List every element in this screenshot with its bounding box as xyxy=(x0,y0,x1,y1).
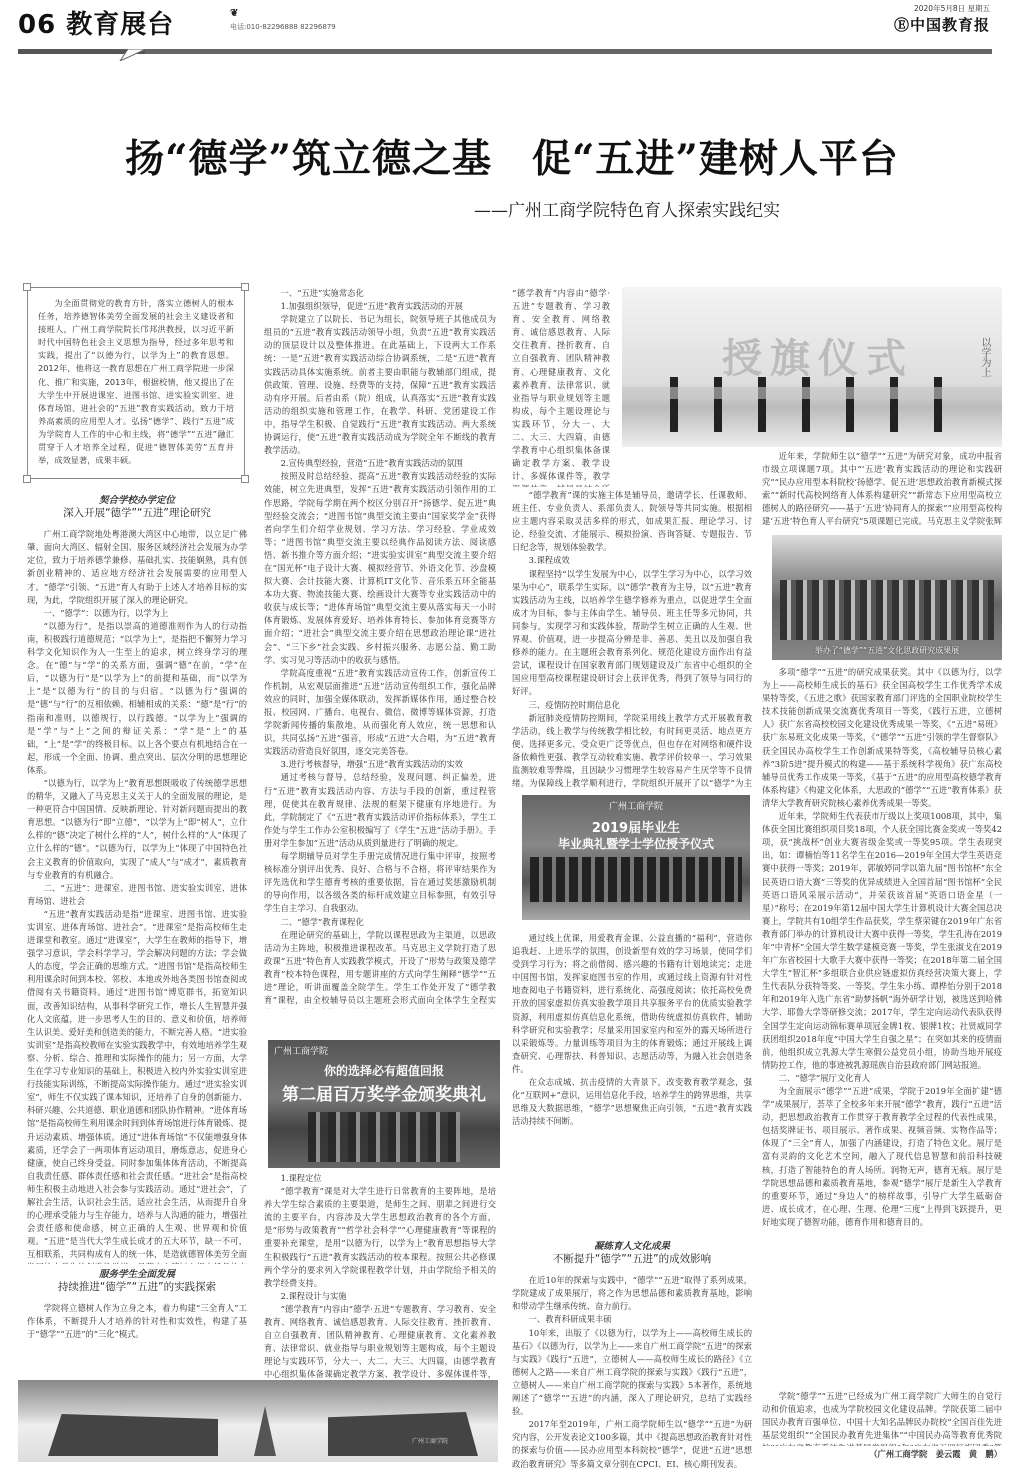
research-exhibition-photo: 举办了“德学”“五进”文化思政研究成果展 xyxy=(772,535,1002,660)
paragraph: “德学教育”内容由“德学·五进”专题教育、学习教育、安全教育、网络教育、诚信感恩… xyxy=(512,287,610,487)
column-3-middle: 通过线上优课，用爱教育金课、公益直播的“福利”，营造你追我赶、上进乐学的氛围，创… xyxy=(512,932,752,1242)
column-1: 契合学校办学定位 深入开展“德学”“五进”理论研究 广州工商学院地处粤港澳大湾区… xyxy=(27,494,247,1264)
subheading: 二、“德学”展厅文化育人 xyxy=(762,1072,1002,1085)
paragraph: 为全面展示“德学”“五进”成果，学院于2019年全面扩建“德学”成果展厅，荟萃了… xyxy=(762,1085,1002,1229)
intro-text: 为全面贯彻党的教育方针，落实立德树人的根本任务，培养德智体美劳全面发展的社会主义… xyxy=(38,297,234,467)
newspaper-logo: Ⓔ中国教育报 xyxy=(894,14,990,35)
corner-ornament xyxy=(23,283,31,291)
photo-caption: 举办了“德学”“五进”文化思政研究成果展 xyxy=(772,645,1002,656)
paragraph: “德学教育”课的实施主体是辅导员，邀请学长、任课教师、班主任、专业负责人、系部负… xyxy=(512,489,752,554)
column-3: “德学教育”课的实施主体是辅导员，邀请学长、任课教师、班主任、专业负责人、系部负… xyxy=(512,489,752,789)
gate-sign: 广州工商学院 xyxy=(412,1436,448,1445)
paragraph: 近年来，学院师生代表获市厅级以上奖项1008项，其中，集体获全国比赛组织项目奖1… xyxy=(762,810,1002,1072)
paragraph: 通过考核与督导，总结经验，发现问题、纠正偏差，进行“五进”教育实践活动内容、方法… xyxy=(264,771,496,850)
column-4-bottom: 学院“德学”“五进”已经成为广州工商学院广大师生的自觉行动和价值追求，也成为学院… xyxy=(762,1390,1002,1475)
phone-numbers: 电话:010-82296888 82296879 xyxy=(230,22,336,32)
subheading: 3.课程成效 xyxy=(512,554,752,567)
column-1-bottom: 服务学生全面发展 持续推进“德学”“五进”的实践探索 学院将立德树人作为立身之本… xyxy=(27,1268,247,1348)
paragraph: 近年来，学院师生以“德学”“五进”为研究对象，成功申报省市级立项课题7项。其中“… xyxy=(762,450,1002,530)
subheading: 2.宣传典型经验，营造“五进”教育实践活动的氛围 xyxy=(264,457,496,470)
paragraph: “以德为行，以学为上”教育思想既吸收了传统德学思想的精华，又融入了马克思主义关于… xyxy=(27,777,247,882)
paragraph: 在近10年的探索与实践中，“德学”“五进”取得了系列成果，学院建成了成果展厅，将… xyxy=(512,1274,752,1313)
paragraph: 在理论研究的基础上，学院以课程思政为主渠道，以思政活动为主阵地，积极推进课程改革… xyxy=(264,929,496,1009)
gate-building-left xyxy=(48,1414,218,1456)
paragraph: 多项“德学”“五进”的研究成果获奖。其中《以德为行，以学为上——高校师生成长的基… xyxy=(762,666,1002,810)
photo-school-logo: 广州工商学院 xyxy=(522,799,750,812)
photo-people xyxy=(308,1112,460,1162)
subheading: 2.课程设计与实施 xyxy=(264,1290,496,1303)
paragraph: 学院高度重视“五进”教育实践活动宣传工作，创新宣传工作机制，从宏观层面推进“五进… xyxy=(264,667,496,759)
flag-ceremony-photo: 授旗仪式 以学为上 xyxy=(622,287,1002,447)
section-heading: 凝练育人文化成果 不断提升“德学”“五进”的成效影响 xyxy=(512,1240,752,1266)
subheading: 三、疫情防控时期信息化 xyxy=(512,699,752,712)
photo-side-text: 以学为上 xyxy=(977,337,992,377)
newspaper-logo-icon: Ⓔ xyxy=(894,16,910,34)
subheading: 一、“五进”实施常态化 xyxy=(264,287,496,300)
scholarship-ceremony-photo: 广州工商学院 你的选择必有超值回报 第二届百万奖学金颁奖典礼 xyxy=(268,1040,500,1168)
intro-box: 为全面贯彻党的教育方针，落实立德树人的根本任务，培养德智体美劳全面发展的社会主义… xyxy=(27,287,245,479)
graduation-ceremony-photo: 广州工商学院 2019届毕业生 毕业典礼暨学士学位授予仪式 xyxy=(522,795,750,920)
photo-banner-text: 授旗仪式 xyxy=(722,327,914,384)
subheading: 1.加强组织领导，促进“五进”教育实践活动的开展 xyxy=(264,300,496,313)
paragraph: 课程坚持“以学生发展为中心，以学生学习为中心，以学习效果为中心”，联系学生实际，… xyxy=(512,568,752,699)
paragraph: “德学教育”课是对大学生进行日常教育的主要阵地，是培养大学生综合素质的主要渠道，… xyxy=(264,1185,496,1290)
paragraph: “以德为行”，是指以崇高的道德准则作为人的行动指南，积极践行道德规范；“以学为上… xyxy=(27,620,247,777)
paragraph: “五进”教育实践活动是指“进课室、进图书馆、进实验实训室、进体育场馆、进社会”。… xyxy=(27,908,247,1264)
paragraph: 每学期辅导员对学生手册完成情况进行集中评审，按照考核标准分别评出优秀、良好、合格… xyxy=(264,850,496,915)
column-4-top: 近年来，学院师生以“德学”“五进”为研究对象，成功申报省市级立项课题7项。其中“… xyxy=(762,450,1002,530)
corner-ornament xyxy=(241,475,249,483)
photo-school-logo: 广州工商学院 xyxy=(274,1044,328,1057)
subheading: 二、“五进”：进课室、进图书馆、进实验实训室、进体育场馆、进社会 xyxy=(27,882,247,908)
photo-people xyxy=(780,580,994,640)
article-byline: （广州工商学院 姜云霞 黄 鹏） xyxy=(762,1448,1002,1461)
photo-graduates xyxy=(530,857,742,902)
gate-building-right xyxy=(328,1412,478,1456)
paragraph: 10年来，出版了《以德为行，以学为上——高校师生成长的基石》《以德为行，以学为上… xyxy=(512,1327,752,1419)
subheading: 1.课程定位 xyxy=(264,1172,496,1185)
subheading: 一、教育科研成果丰硕 xyxy=(512,1313,752,1326)
photo-people xyxy=(652,377,972,432)
article-headline: 扬“德学”筑立德之基 促“五进”建树人平台 xyxy=(0,128,1024,184)
paragraph: 在众志成城、抗击疫情的大背景下，改变教育教学观念，强化“互联网+”意识，运用信息… xyxy=(512,1076,752,1128)
gate-trees xyxy=(254,1406,276,1456)
masthead: 06 教育展台 ❦ 电话:010-82296888 82296879 2020年… xyxy=(18,0,1008,40)
paragraph: 广州工商学院地处粤港澳大湾区中心地带，以立足广佛肇、面向大湾区、辐射全国、服务区… xyxy=(27,528,247,607)
section-heading: 服务学生全面发展 持续推进“德学”“五进”的实践探索 xyxy=(27,1268,247,1294)
campus-gate-photo: 广州工商学院 xyxy=(18,1380,498,1462)
paragraph: 学院“德学”“五进”已经成为广州工商学院广大师生的自觉行动和价值追求，也成为学院… xyxy=(762,1390,1002,1446)
paragraph: 按照及时总结经验、提高“五进”教育实践活动经验的实际效能，树立先进典型，发挥“五… xyxy=(264,470,496,666)
issue-date: 2020年5月8日 星期五 xyxy=(914,3,990,14)
corner-ornament xyxy=(23,475,31,483)
article-subheadline: ——广州工商学院特色育人探索实践纪实 xyxy=(0,196,1024,221)
page-section-label: 06 教育展台 xyxy=(18,4,174,41)
section-heading: 契合学校办学定位 深入开展“德学”“五进”理论研究 xyxy=(27,494,247,520)
masthead-notch-icon xyxy=(116,49,146,61)
paragraph: 2017年至2019年，广州工商学院师生以“德学”“五进”为研究内容，公开发表论… xyxy=(512,1418,752,1470)
paragraph: 新冠肺炎疫情防控期间，学院采用线上教学方式开展教育教学活动，线上教学与传统教学相… xyxy=(512,712,752,789)
paragraph: 学院将立德树人作为立身之本，着力构建“三全育人”工作体系，不断提升人才培养的针对… xyxy=(27,1302,247,1341)
subheading: 一、“德学”：以德为行，以学为上 xyxy=(27,607,247,620)
paragraph: 通过线上优课，用爱教育金课、公益直播的“福利”，营造你追我赶、上进乐学的氛围，创… xyxy=(512,932,752,1076)
corner-ornament xyxy=(241,283,249,291)
column-4: 多项“德学”“五进”的研究成果获奖。其中《以德为行，以学为上——高校师生成长的基… xyxy=(762,666,1002,1401)
subheading: 二、“德学”教育课程化 xyxy=(264,916,496,929)
column-3-narrow: “德学教育”内容由“德学·五进”专题教育、学习教育、安全教育、网络教育、诚信感恩… xyxy=(512,287,610,487)
masthead-rule-right xyxy=(145,49,992,54)
column-3-bottom: 凝练育人文化成果 不断提升“德学”“五进”的成效影响 在近10年的探索与实践中，… xyxy=(512,1240,752,1475)
section-seal-icon: ❦ xyxy=(230,8,238,19)
paragraph: 学院建立了以院长、书记为组长，院领导班子其他成员为组员的“五进”教育实践活动领导… xyxy=(264,313,496,457)
subheading: 3.进行考核督导，增强“五进”教育实践活动的实效 xyxy=(264,758,496,771)
column-2: 一、“五进”实施常态化 1.加强组织领导，促进“五进”教育实践活动的开展 学院建… xyxy=(264,287,496,1009)
